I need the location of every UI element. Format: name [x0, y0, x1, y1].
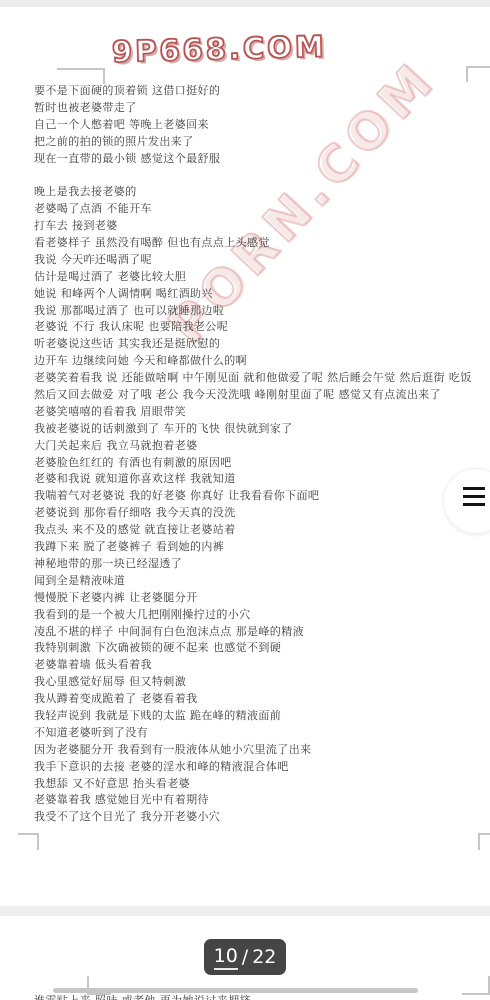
current-page-number[interactable]: 10 — [214, 945, 238, 970]
page-corner-mark — [462, 976, 490, 995]
progress-scrollbar[interactable] — [53, 988, 418, 993]
text-line: 要不是下面硬的顶着锁 这借口挺好的 — [34, 83, 490, 100]
text-line: 老婆笑着看我 说 还能做啥啊 中午刚见面 就和他做爱了呢 然后睡会午觉 然后逛街… — [34, 370, 490, 387]
text-line: 我蹲下来 脱了老婆裤子 看到她的内裤 — [34, 539, 490, 556]
text-line: 我看到的是一个被大几把刚刚操拧过的小穴 — [34, 607, 490, 624]
site-logo: 9P668.COM — [112, 29, 333, 69]
text-line: 她说 和峰两个人调情啊 喝红酒助兴 — [34, 286, 490, 303]
page-corner-mark — [57, 68, 105, 84]
text-line: 不知道老婆听到了没有 — [34, 725, 490, 742]
text-line: 大门关起来后 我立马就抱着老婆 — [34, 438, 490, 455]
text-line: 听老婆说这些话 其实我还是挺欣慰的 — [34, 336, 490, 353]
next-page-clipped-text: 谁需贴上来 照味 或者他 再为她说过来拥挤 — [34, 994, 490, 1000]
text-line: 估计是喝过酒了 老婆比较大胆 — [34, 269, 490, 286]
text-line: 我想舔 又不好意思 抬头看老婆 — [34, 776, 490, 793]
text-line: 老婆靠着我 感觉她目光中有着期待 — [34, 792, 490, 809]
page-indicator-badge[interactable]: 10 / 22 — [204, 939, 286, 975]
text-line: 边开车 边继续问她 今天和峰都做什么的啊 — [34, 353, 490, 370]
text-line: 我说 今天咋还喝酒了呢 — [34, 252, 490, 269]
text-line: 神秘地带的那一块已经湿透了 — [34, 556, 490, 573]
text-line: 老婆喝了点酒 不能开车 — [34, 201, 490, 218]
text-line: 闻到全是精液味道 — [34, 573, 490, 590]
text-line: 因为老婆腿分开 我看到有一股液体从她小穴里流了出来 — [34, 742, 490, 759]
text-line: 暂时也被老婆带走了 — [34, 100, 490, 117]
text-line: 我手下意识的去接 老婆的淫水和峰的精液混合体吧 — [34, 759, 490, 776]
reader-page: 要不是下面硬的顶着锁 这借口挺好的暂时也被老婆带走了自己一个人憋着吧 等晚上老婆… — [34, 83, 490, 826]
text-line: 晚上是我去接老婆的 — [34, 184, 490, 201]
text-line: 凌乱不堪的样子 中间洞有白色泡沫点点 那是峰的精液 — [34, 624, 490, 641]
text-line: 打车去 接到老婆 — [34, 218, 490, 235]
reader-lines: 要不是下面硬的顶着锁 这借口挺好的暂时也被老婆带走了自己一个人憋着吧 等晚上老婆… — [34, 83, 490, 826]
text-line: 我说 那都喝过酒了 也可以就睡那边啦 — [34, 303, 490, 320]
text-line: 然后又回去做爱 对了哦 老公 我今天没洗哦 峰刚射里面了呢 感觉又有点流出来了 — [34, 387, 490, 404]
text-line: 我特别刺激 下次确被锁的硬不起来 也感觉不到硬 — [34, 640, 490, 657]
text-line: 我受不了这个目光了 我分开老婆小穴 — [34, 809, 490, 826]
text-line: 把之前的拍的锁的照片发出来了 — [34, 134, 490, 151]
text-line: 老婆说 不行 我认床呢 也要陪我老公呢 — [34, 319, 490, 336]
text-line: 老婆靠着墙 低头看着我 — [34, 657, 490, 674]
top-status-bar — [0, 0, 490, 7]
page-corner-mark — [466, 66, 490, 82]
text-line: 看老婆样子 虽然没有喝醉 但也有点点上头感觉 — [34, 235, 490, 252]
text-line: 现在一直带的最小锁 感觉这个最舒服 — [34, 151, 490, 168]
total-page-count: 22 — [252, 946, 276, 968]
text-line: 老婆笑嘻嘻的看着我 眉眼带笑 — [34, 404, 490, 421]
text-line: 慢慢脱下老婆内裤 让老婆腿分开 — [34, 590, 490, 607]
text-line: 我从蹲着变成跪着了 老婆看着我 — [34, 691, 490, 708]
text-line: 我被老婆说的话刺激到了 车开的飞快 很快就到家了 — [34, 421, 490, 438]
page-separator-band — [0, 906, 490, 916]
text-line: 我心里感觉好屈辱 但又特刺激 — [34, 674, 490, 691]
page-separator-slash: / — [242, 946, 248, 968]
text-line: 老婆脸色红红的 有酒也有刺激的原因吧 — [34, 455, 490, 472]
text-line: 我轻声说到 我就是下贱的太监 跪在峰的精液面前 — [34, 708, 490, 725]
text-line: 我喘着气对老婆说 我的好老婆 你真好 让我看看你下面吧 — [34, 488, 490, 505]
text-line: 自己一个人憋着吧 等晚上老婆回来 — [34, 117, 490, 134]
text-line: 老婆和我说 就知道你喜欢这样 我就知道 — [34, 471, 490, 488]
text-line — [34, 167, 490, 184]
page-corner-mark — [478, 833, 490, 850]
text-line: 我点头 来不及的感觉 就直接让老婆站着 — [34, 522, 490, 539]
text-line: 老婆说到 那你看仔细咯 我今天真的没洗 — [34, 505, 490, 522]
page-corner-mark — [18, 833, 39, 850]
